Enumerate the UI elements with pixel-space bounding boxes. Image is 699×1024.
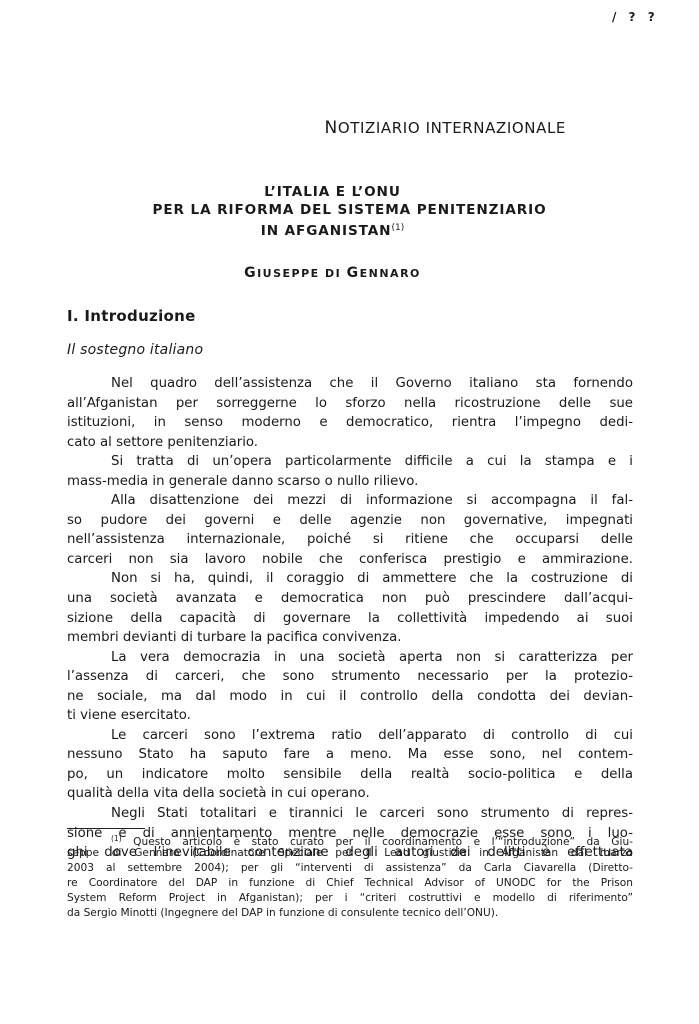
body-line: Negli Stati totalitari e tirannici le ca… — [67, 804, 633, 824]
footnote-line: 2003 al settembre 2004); per gli “interv… — [67, 861, 633, 876]
title-line-3: IN AFGANISTAN(1) — [0, 219, 699, 240]
footnote-line: System Reform Project in Afganistan); pe… — [67, 891, 633, 906]
body-line: sizione della capacità di governare la c… — [67, 609, 633, 629]
article-title: L’ITALIA E L’ONU PER LA RIFORMA DEL SIST… — [0, 183, 699, 240]
body-line: istituzioni, in senso moderno e democrat… — [67, 413, 633, 433]
body-line: qualità della vita della società in cui … — [67, 784, 633, 804]
author-byline: GIUSEPPE DI GENNARO — [0, 265, 665, 281]
body-line: membri devianti di turbare la pacifica c… — [67, 628, 633, 648]
body-line: nell’assistenza internazionale, poiché s… — [67, 530, 633, 550]
body-line: mass-media in generale danno scarso o nu… — [67, 472, 633, 492]
section-heading: I. Introduzione — [67, 307, 196, 325]
body-line: ne sociale, ma dal modo in cui il contro… — [67, 687, 633, 707]
footnote-marker: (1) — [111, 834, 122, 843]
footnote-line: da Sergio Minotti (Ingegnere del DAP in … — [67, 906, 633, 921]
section-subheading: Il sostegno italiano — [67, 342, 203, 358]
footnote-line: re Coordinatore del DAP in funzione di C… — [67, 876, 633, 891]
body-line: so pudore dei governi e delle agenzie no… — [67, 511, 633, 531]
body-line: l’assenza di carceri, che sono strumento… — [67, 667, 633, 687]
running-head: NOTIZIARIO INTERNAZIONALE — [324, 118, 566, 138]
body-line: Le carceri sono l’extrema ratio dell’app… — [67, 726, 633, 746]
footnote-divider — [67, 828, 145, 829]
body-line: Si tratta di un’opera particolarmente di… — [67, 452, 633, 472]
running-head-rest: OTIZIARIO INTERNAZIONALE — [338, 119, 566, 137]
title-footnote-ref[interactable]: (1) — [391, 223, 404, 233]
body-line: carceri non sia lavoro nobile che confer… — [67, 550, 633, 570]
title-line-1: L’ITALIA E L’ONU — [0, 183, 699, 201]
body-line: nessuno Stato ha saputo fare a meno. Ma … — [67, 745, 633, 765]
body-line: ti viene esercitato. — [67, 706, 633, 726]
running-head-initial: N — [324, 118, 337, 138]
body-line: cato al settore penitenziario. — [67, 433, 633, 453]
body-line: La vera democrazia in una società aperta… — [67, 648, 633, 668]
footnote: (1) Questo articolo è stato curato per i… — [67, 831, 633, 921]
title-line-3-text: IN AFGANISTAN — [261, 223, 392, 239]
body-line: all’Afganistan per sorreggerne lo sforzo… — [67, 394, 633, 414]
body-line: po, un indicatore molto sensibile della … — [67, 765, 633, 785]
page-folio-mark: / ? ? — [612, 10, 659, 24]
footnote-line: seppe di Gennaro (Coordinatore Speciale … — [67, 846, 633, 861]
body-line: una società avanzata e democratica non p… — [67, 589, 633, 609]
body-text: Nel quadro dell’assistenza che il Govern… — [67, 374, 633, 863]
footnote-line: (1) Questo articolo è stato curato per i… — [67, 831, 633, 846]
body-line: Nel quadro dell’assistenza che il Govern… — [67, 374, 633, 394]
body-line: Alla disattenzione dei mezzi di informaz… — [67, 491, 633, 511]
title-line-2: PER LA RIFORMA DEL SISTEMA PENITENZIARIO — [0, 201, 699, 219]
body-line: Non si ha, quindi, il coraggio di ammett… — [67, 569, 633, 589]
